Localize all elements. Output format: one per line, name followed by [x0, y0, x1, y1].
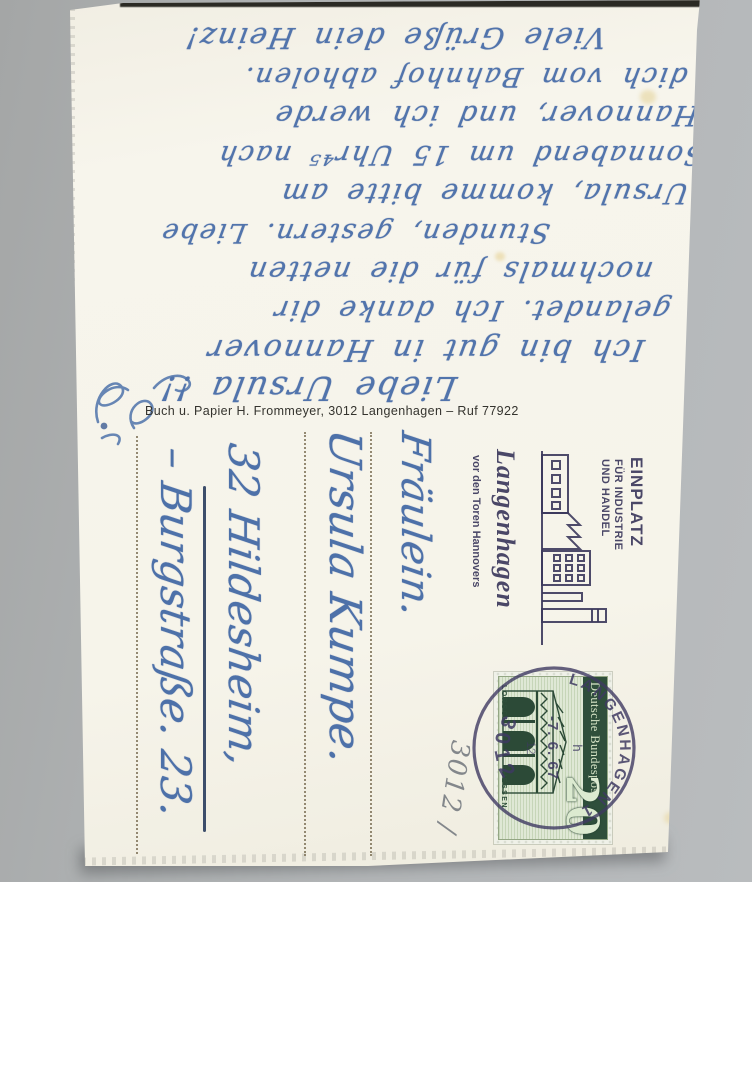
slogan-subtitle: vor den Toren Hannovers: [470, 455, 482, 587]
machine-slogan-cancel-inner: EINPLATZ FÜR INDUSTRIE UND HANDEL: [450, 443, 662, 655]
message-line: Sonnabend um 15 Uhr⁴⁵ nach: [76, 135, 707, 174]
circular-date-postmark: LANGENHAGEN 1 3012 h -7. 6. 67 12: [465, 659, 643, 837]
address-guide-line-2: [304, 432, 306, 856]
message-line: Hannover, und ich werde: [83, 96, 702, 135]
address-street: – Burgstraße. 23.: [151, 445, 200, 821]
message-line: gelandet. Ich danke dir: [48, 291, 674, 330]
postmark-center-bottom: 12: [524, 741, 538, 755]
message-line: dich vom Bahnhof abholen.: [90, 57, 691, 96]
machine-slogan-cancel: EINPLATZ FÜR INDUSTRIE UND HANDEL: [450, 443, 662, 655]
postmark-date: -7. 6. 67: [544, 716, 561, 780]
scanner-background: Liebe Ursula !! Ich bin gut in Hannover …: [0, 0, 752, 882]
postcard-back: Liebe Ursula !! Ich bin gut in Hannover …: [68, 0, 702, 870]
address-salutation: Fräulein.: [392, 429, 438, 620]
handwritten-message-text: Liebe Ursula !! Ich bin gut in Hannover …: [35, 6, 730, 408]
address-block-inner: Fräulein. Ursula Kumpe. 32 Hildesheim, –…: [85, 428, 460, 865]
slogan-town-name: Langenhagen: [490, 449, 520, 609]
handwritten-message-upside-down: Liebe Ursula !! Ich bin gut in Hannover …: [70, 6, 694, 408]
address-underline-handdrawn: [203, 486, 206, 832]
address-city: 32 Hildesheim,: [219, 441, 268, 770]
age-stain: [664, 812, 678, 824]
address-recipient-name: Ursula Kumpe.: [319, 426, 370, 767]
message-line: Ursula, komme bitte am: [69, 174, 692, 213]
industry-skyline-illustration: [534, 447, 612, 649]
postmark-center-letter: h: [570, 744, 585, 751]
message-line: Viele Grüße dein Heinz!: [96, 18, 609, 57]
address-block-rotated: Fräulein. Ursula Kumpe. 32 Hildesheim, –…: [85, 428, 460, 865]
address-guide-line-3: [136, 436, 138, 854]
image-letterbox-white: [0, 882, 752, 1072]
postmark-code-arc-text: 3012: [489, 712, 523, 787]
svg-text:3012: 3012: [489, 712, 523, 787]
slogan-headline: EINPLATZ: [626, 457, 646, 547]
publisher-imprint-line: Buch u. Papier H. Frommeyer, 3012 Langen…: [145, 404, 625, 418]
message-line: Stunden, gestern. Liebe: [62, 213, 553, 252]
address-guide-line-1: [370, 432, 372, 856]
message-line: nochmals für die netten: [55, 252, 656, 291]
slogan-line-2: FÜR INDUSTRIE: [612, 459, 624, 550]
